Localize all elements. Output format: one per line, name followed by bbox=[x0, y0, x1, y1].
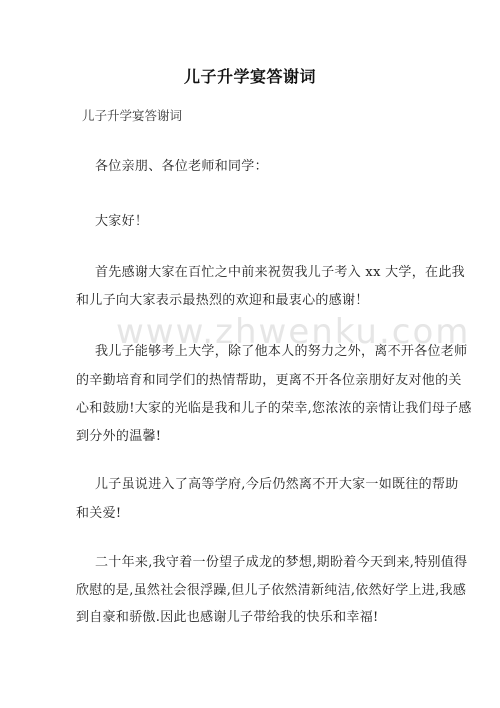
paragraph-line: 的辛勤培育和同学们的热情帮助，更离不开各位亲朋好友对他的关 bbox=[76, 369, 462, 388]
document-page: www.zhwenku.com 儿子升学宴答谢词 儿子升学宴答谢词 各位亲朋、各… bbox=[0, 0, 500, 708]
paragraph-line: 首先感谢大家在百忙之中前来祝贺我儿子考入 xx 大学，在此我 bbox=[95, 261, 465, 280]
paragraph-line: 和儿子向大家表示最热烈的欢迎和最衷心的感谢！ bbox=[76, 289, 369, 308]
document-title: 儿子升学宴答谢词 bbox=[0, 64, 500, 87]
paragraph-line: 二十年来,我守着一份望子成龙的梦想,期盼着今天到来,特别值得 bbox=[95, 551, 467, 570]
paragraph-line: 儿子虽说进入了高等学府,今后仍然离不开大家一如既往的帮助 bbox=[95, 473, 459, 492]
paragraph-line: 心和鼓励!大家的光临是我和儿子的荣幸,您浓浓的亲情让我们母子感 bbox=[76, 397, 472, 416]
paragraph-line: 和关爱! bbox=[76, 502, 121, 521]
paragraph-line: 到分外的温馨! bbox=[76, 425, 161, 444]
paragraph-line: 到自豪和骄傲.因此也感谢儿子带给我的快乐和幸福! bbox=[76, 606, 379, 625]
document-subtitle: 儿子升学宴答谢词 bbox=[82, 106, 182, 124]
paragraph-line: 我儿子能够考上大学，除了他本人的努力之外，离不开各位老师 bbox=[95, 340, 467, 359]
paragraph-greeting: 大家好！ bbox=[95, 210, 148, 229]
paragraph-line: 欣慰的是,虽然社会很浮躁,但儿子依然清新纯洁,依然好学上进,我感 bbox=[76, 579, 466, 598]
paragraph-salutation: 各位亲朋、各位老师和同学： bbox=[95, 155, 268, 174]
